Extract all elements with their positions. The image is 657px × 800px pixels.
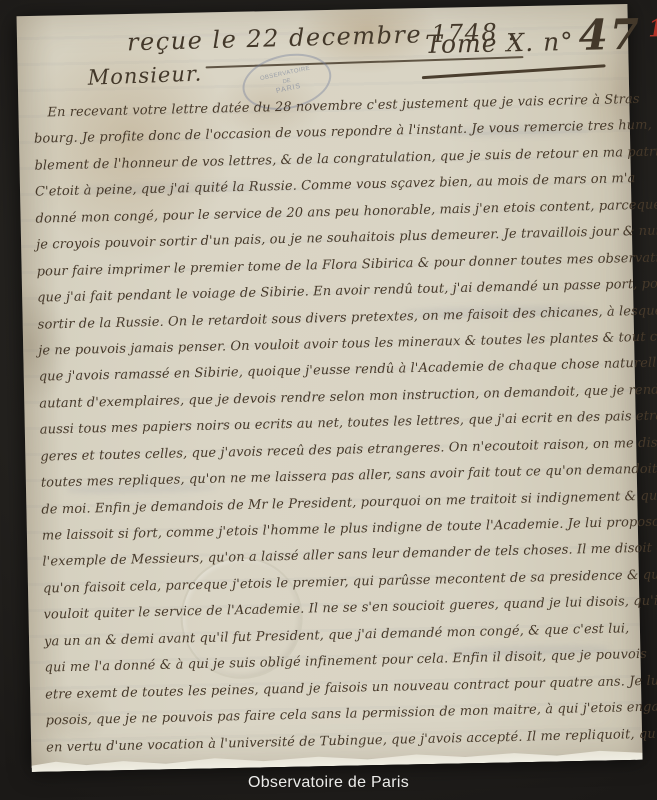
letter-body: En recevant votre lettre datée du 28 nov… [33, 88, 634, 761]
red-foliation-number: 1 [648, 13, 657, 42]
tome-annotation: Tome X. n° 47 1 [425, 9, 657, 63]
tome-label: Tome X. n° [425, 27, 574, 59]
manuscript-viewer: reçue le 22 decembre 1748 . Tome X. n° 4… [0, 0, 657, 800]
viewer-caption: Observatoire de Paris [0, 774, 657, 792]
salutation: Monsieur. [87, 62, 202, 90]
folio-number: 47 [578, 10, 641, 60]
manuscript-page: reçue le 22 decembre 1748 . Tome X. n° 4… [17, 4, 643, 768]
ink-underline [422, 64, 606, 79]
ink-underline [206, 56, 524, 68]
